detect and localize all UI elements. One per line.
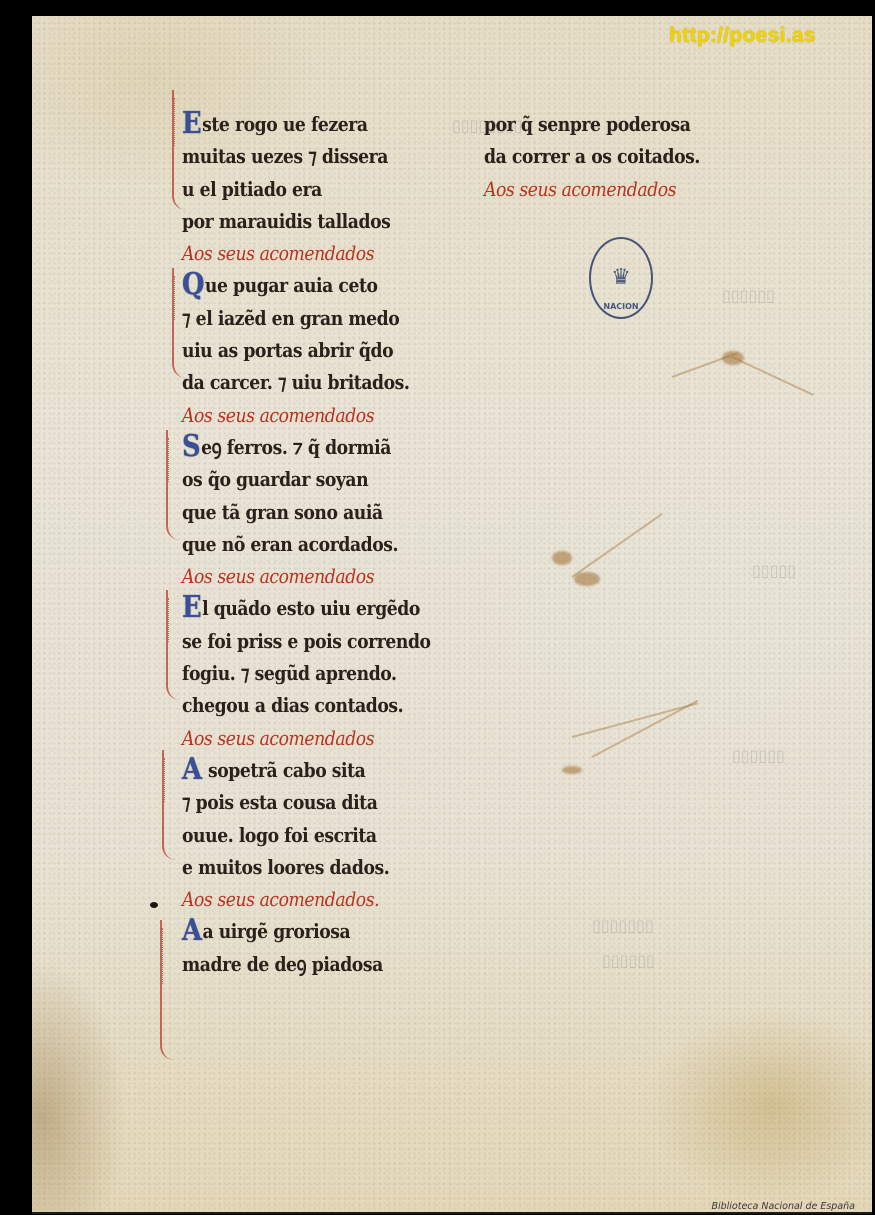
bleed-through-text: ▯▯▯▯▯▯▯ (592, 916, 654, 935)
verse-line: e muitos loores dados. (182, 851, 423, 883)
refrain-rubric: Aos seus acomendados (484, 173, 690, 205)
verse-line: da carcer. ⁊ uiu britados. (182, 366, 423, 398)
library-stamp: ♛ NACION (589, 237, 653, 319)
bleed-through-text: ▯▯▯▯▯▯ (732, 746, 785, 765)
verse-line: que tã gran sono auiã (182, 496, 423, 528)
right-text-column: por q̃ senpre poderosa da correr a os co… (484, 108, 724, 205)
watermark-url: http://poesi.as (669, 24, 816, 48)
verse-line: ⁊ pois esta cousa dita (182, 786, 423, 818)
verse-line: da correr a os coitados. (484, 140, 690, 172)
verse-line: fogiu. ⁊ segũd aprendo. (182, 657, 423, 689)
royal-crest-icon: ♛ (611, 267, 631, 289)
verse-line: uiu as portas abrir q̃do (182, 334, 423, 366)
verse-line: madre de deꝯ piadosa (182, 948, 423, 980)
verse-line: ouue. logo foi escrita (182, 819, 423, 851)
blue-initial: E (182, 594, 201, 622)
blue-initial: Q (182, 271, 204, 299)
verse-line: Seꝯ ferros. ⁊ q̃ dormiã (182, 431, 423, 463)
stain (562, 766, 582, 774)
blue-initial: E (182, 110, 201, 138)
verse-line: El quãdo esto uiu ergẽdo (182, 592, 423, 624)
stamp-label: NACION (591, 302, 651, 311)
refrain-rubric: Aos seus acomendados (182, 399, 423, 431)
stain (552, 551, 572, 565)
left-text-column: Este rogo ue fezera muitas uezes ⁊ disse… (182, 108, 462, 980)
bleed-through-text: ▯▯▯▯▯▯ (602, 951, 655, 970)
verse-line: por q̃ senpre poderosa (484, 108, 690, 140)
library-credit: Biblioteca Nacional de España (711, 1201, 855, 1212)
bleed-through-text: ▯▯▯▯▯▯ (722, 286, 775, 305)
bleed-through-text: ▯▯▯▯▯ (752, 561, 796, 580)
verse-line: que nõ eran acordados. (182, 528, 423, 560)
verse-line: ⁊ el iazẽd en gran medo (182, 302, 423, 334)
blue-initial: A (182, 756, 202, 784)
verse-line: Aa uirgẽ groriosa (182, 915, 423, 947)
verse-line: u el pitiado era (182, 173, 423, 205)
verse-line: por marauidis tallados (182, 205, 423, 237)
blue-initial: A (182, 917, 202, 945)
blue-initial: S (182, 433, 200, 461)
refrain-rubric: Aos seus acomendados (182, 237, 423, 269)
ink-blot (150, 902, 158, 908)
verse-line: muitas uezes ⁊ dissera (182, 140, 423, 172)
verse-line: A sopetrã cabo sita (182, 754, 423, 786)
verse-line: se foi priss e pois correndo (182, 625, 423, 657)
refrain-rubric: Aos seus acomendados (182, 560, 423, 592)
refrain-rubric: Aos seus acomendados (182, 722, 423, 754)
verse-line: Este rogo ue fezera (182, 108, 423, 140)
verse-line: chegou a dias contados. (182, 689, 423, 721)
verse-line: Que pugar auia ceto (182, 269, 423, 301)
refrain-rubric: Aos seus acomendados. (182, 883, 423, 915)
verse-line: os q̃o guardar soyan (182, 463, 423, 495)
